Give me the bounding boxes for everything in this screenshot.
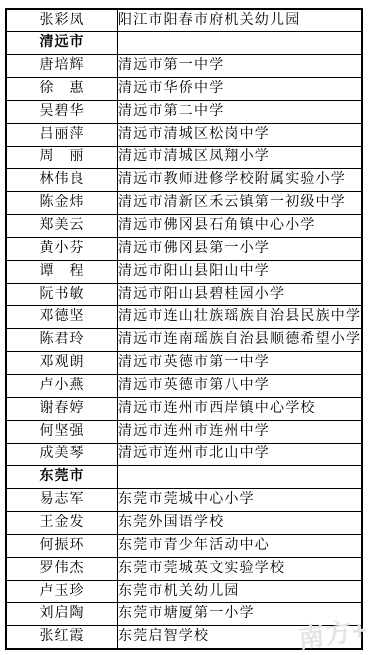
name-cell: 成美琴 xyxy=(6,443,118,466)
school-cell: 东莞启智学校 xyxy=(118,626,363,649)
table-row: 邓德坚清远市连山壮族瑶族自治县民族中学 xyxy=(6,306,362,329)
name-cell: 邓观朗 xyxy=(6,352,118,375)
name-cell: 郑美云 xyxy=(6,215,118,238)
school-cell: 清远市第一中学 xyxy=(118,55,363,78)
school-cell: 清远市清新区禾云镇第一初级中学 xyxy=(118,192,363,215)
name-cell: 阮书敏 xyxy=(6,283,118,306)
school-cell: 清远市教师进修学校附属实验小学 xyxy=(118,169,363,192)
table-row: 吕丽萍清远市清城区松岗中学 xyxy=(6,123,362,146)
name-cell: 周 丽 xyxy=(6,146,118,169)
school-cell: 东莞市莞城中心小学 xyxy=(118,489,363,512)
section-header-row: 清远市 xyxy=(6,32,362,55)
table-row: 林伟良清远市教师进修学校附属实验小学 xyxy=(6,169,362,192)
school-cell: 清远市阳山县阳山中学 xyxy=(118,260,363,283)
school-cell: 清远市连州市西岸镇中心学校 xyxy=(118,397,363,420)
school-cell: 清远市华侨中学 xyxy=(118,78,363,101)
school-cell xyxy=(118,466,363,489)
table-row: 黄小芬清远市佛冈县第一小学 xyxy=(6,237,362,260)
city-section-cell: 清远市 xyxy=(6,32,118,55)
awardee-table: 张彩凤阳江市阳春市府机关幼儿园清远市唐培辉清远市第一中学徐 惠清远市华侨中学吴碧… xyxy=(5,8,363,650)
name-cell: 林伟良 xyxy=(6,169,118,192)
school-cell xyxy=(118,32,363,55)
table-row: 成美琴清远市连州市北山中学 xyxy=(6,443,362,466)
table-row: 周 丽清远市清城区凤翔小学 xyxy=(6,146,362,169)
table-row: 唐培辉清远市第一中学 xyxy=(6,55,362,78)
table-row: 邓观朗清远市英德市第一中学 xyxy=(6,352,362,375)
name-cell: 刘启陶 xyxy=(6,603,118,626)
name-cell: 谭 程 xyxy=(6,260,118,283)
table-row: 何坚强清远市连州市连州中学 xyxy=(6,420,362,443)
name-cell: 卢小燕 xyxy=(6,375,118,398)
table-row: 张彩凤阳江市阳春市府机关幼儿园 xyxy=(6,9,362,32)
table-row: 谭 程清远市阳山县阳山中学 xyxy=(6,260,362,283)
table-row: 陈金炜清远市清新区禾云镇第一初级中学 xyxy=(6,192,362,215)
school-cell: 清远市清城区凤翔小学 xyxy=(118,146,363,169)
school-cell: 东莞市机关幼儿园 xyxy=(118,580,363,603)
school-cell: 东莞市塘厦第一小学 xyxy=(118,603,363,626)
page: 张彩凤阳江市阳春市府机关幼儿园清远市唐培辉清远市第一中学徐 惠清远市华侨中学吴碧… xyxy=(0,0,374,655)
name-cell: 吕丽萍 xyxy=(6,123,118,146)
school-cell: 清远市连山壮族瑶族自治县民族中学 xyxy=(118,306,363,329)
school-cell: 东莞外国语学校 xyxy=(118,512,363,535)
name-cell: 张彩凤 xyxy=(6,9,118,32)
table-row: 郑美云清远市佛冈县石角镇中心小学 xyxy=(6,215,362,238)
name-cell: 邓德坚 xyxy=(6,306,118,329)
school-cell: 清远市第二中学 xyxy=(118,100,363,123)
name-cell: 徐 惠 xyxy=(6,78,118,101)
table-row: 徐 惠清远市华侨中学 xyxy=(6,78,362,101)
name-cell: 陈君玲 xyxy=(6,329,118,352)
name-cell: 陈金炜 xyxy=(6,192,118,215)
city-section-cell: 东莞市 xyxy=(6,466,118,489)
name-cell: 吴碧华 xyxy=(6,100,118,123)
table-row: 吴碧华清远市第二中学 xyxy=(6,100,362,123)
name-cell: 何坚强 xyxy=(6,420,118,443)
table-row: 张红霞东莞启智学校 xyxy=(6,626,362,649)
school-cell: 清远市英德市第八中学 xyxy=(118,375,363,398)
name-cell: 张红霞 xyxy=(6,626,118,649)
table-row: 卢小燕清远市英德市第八中学 xyxy=(6,375,362,398)
table-row: 陈君玲清远市连南瑶族自治县顺德希望小学 xyxy=(6,329,362,352)
school-cell: 清远市清城区松岗中学 xyxy=(118,123,363,146)
table-row: 罗伟杰东莞市莞城英文实验学校 xyxy=(6,557,362,580)
name-cell: 罗伟杰 xyxy=(6,557,118,580)
name-cell: 何振环 xyxy=(6,534,118,557)
table-row: 卢玉珍东莞市机关幼儿园 xyxy=(6,580,362,603)
section-header-row: 东莞市 xyxy=(6,466,362,489)
school-cell: 东莞市青少年活动中心 xyxy=(118,534,363,557)
name-cell: 谢春婷 xyxy=(6,397,118,420)
school-cell: 清远市阳山县碧桂园小学 xyxy=(118,283,363,306)
school-cell: 东莞市莞城英文实验学校 xyxy=(118,557,363,580)
table-row: 谢春婷清远市连州市西岸镇中心学校 xyxy=(6,397,362,420)
table-row: 何振环东莞市青少年活动中心 xyxy=(6,534,362,557)
table-row: 刘启陶东莞市塘厦第一小学 xyxy=(6,603,362,626)
school-cell: 阳江市阳春市府机关幼儿园 xyxy=(118,9,363,32)
name-cell: 易志军 xyxy=(6,489,118,512)
name-cell: 唐培辉 xyxy=(6,55,118,78)
school-cell: 清远市英德市第一中学 xyxy=(118,352,363,375)
school-cell: 清远市佛冈县第一小学 xyxy=(118,237,363,260)
table-row: 王金发东莞外国语学校 xyxy=(6,512,362,535)
table-row: 易志军东莞市莞城中心小学 xyxy=(6,489,362,512)
awardee-table-body: 张彩凤阳江市阳春市府机关幼儿园清远市唐培辉清远市第一中学徐 惠清远市华侨中学吴碧… xyxy=(6,9,362,649)
school-cell: 清远市连州市连州中学 xyxy=(118,420,363,443)
name-cell: 卢玉珍 xyxy=(6,580,118,603)
name-cell: 黄小芬 xyxy=(6,237,118,260)
table-row: 阮书敏清远市阳山县碧桂园小学 xyxy=(6,283,362,306)
school-cell: 清远市连南瑶族自治县顺德希望小学 xyxy=(118,329,363,352)
school-cell: 清远市佛冈县石角镇中心小学 xyxy=(118,215,363,238)
name-cell: 王金发 xyxy=(6,512,118,535)
school-cell: 清远市连州市北山中学 xyxy=(118,443,363,466)
